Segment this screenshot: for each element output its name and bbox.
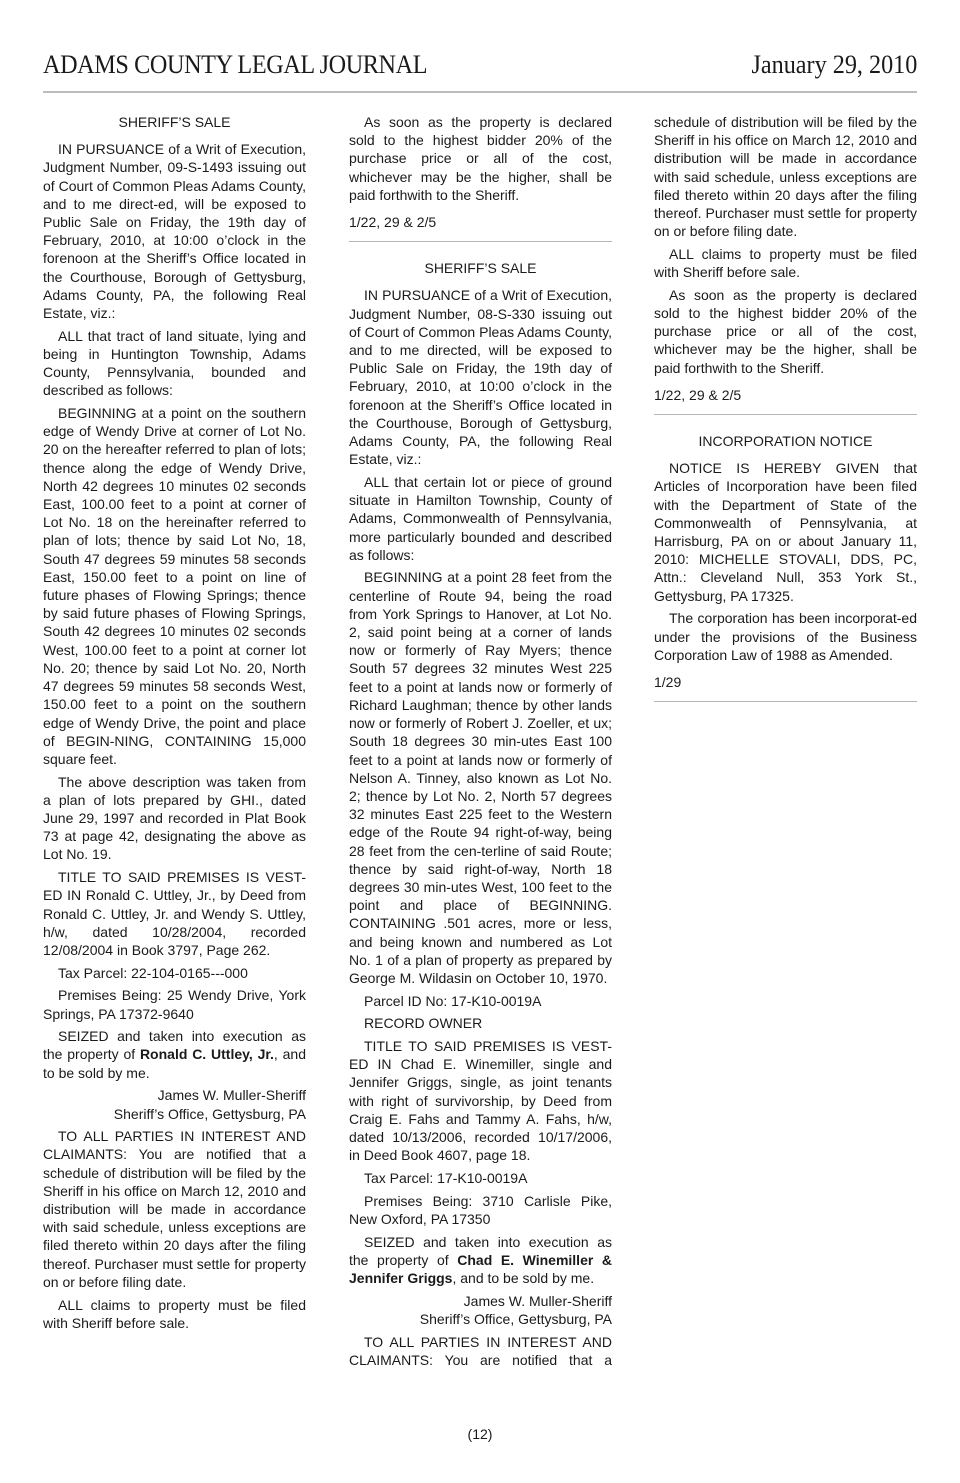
signature-office: Sheriff’s Office, Gettysburg, PA — [349, 1310, 612, 1328]
premises-address: Premises Being: 3710 Carlisle Pike, New … — [349, 1192, 612, 1228]
property-owner: Ronald C. Uttley, Jr. — [140, 1046, 274, 1062]
run-dates: 1/29 — [654, 673, 917, 691]
incorporation-notice: INCORPORATION NOTICE NOTICE IS HEREBY GI… — [654, 432, 917, 702]
seizure-statement: SEIZED and taken into execution as the p… — [349, 1233, 612, 1288]
notice-heading: SHERIFF’S SALE — [349, 259, 612, 277]
signature-name: James W. Muller-Sheriff — [43, 1086, 306, 1104]
parties-notice-continued: schedule of distribution will be filed b… — [654, 113, 917, 240]
notice-paragraph: NOTICE IS HEREBY GIVEN that Articles of … — [654, 459, 917, 605]
declared-sold-notice: As soon as the property is declared sold… — [349, 113, 612, 204]
page-number: (12) — [0, 1426, 960, 1442]
claims-notice: ALL claims to property must be filed wit… — [654, 245, 917, 281]
parcel-id: Parcel ID No: 17-K10-0019A — [349, 992, 612, 1010]
tax-parcel: Tax Parcel: 17-K10-0019A — [349, 1169, 612, 1187]
column-3: schedule of distribution will be filed b… — [654, 113, 917, 719]
parties-notice: TO ALL PARTIES IN INTEREST AND CLAIMANTS… — [349, 1333, 612, 1369]
notice-paragraph: The corporation has been incorporat-ed u… — [654, 609, 917, 664]
title-vesting: TITLE TO SAID PREMISES IS VEST-ED IN Cha… — [349, 1037, 612, 1164]
signature-office: Sheriff’s Office, Gettysburg, PA — [43, 1105, 306, 1123]
issue-date: January 29, 2010 — [751, 50, 917, 80]
sheriff-sale-notice-2: SHERIFF’S SALE IN PURSUANCE of a Writ of… — [349, 259, 612, 1369]
run-dates: 1/22, 29 & 2/5 — [349, 213, 612, 231]
notice-divider — [654, 701, 917, 702]
masthead-rule — [43, 91, 917, 93]
masthead: ADAMS COUNTY LEGAL JOURNAL January 29, 2… — [43, 50, 917, 90]
seizure-statement: SEIZED and taken into execution as the p… — [43, 1027, 306, 1082]
notice-divider — [654, 414, 917, 415]
column-2: As soon as the property is declared sold… — [349, 113, 612, 1374]
premises-address: Premises Being: 25 Wendy Drive, York Spr… — [43, 986, 306, 1022]
column-1: SHERIFF’S SALE IN PURSUANCE of a Writ of… — [43, 113, 306, 1337]
parties-notice: TO ALL PARTIES IN INTEREST AND CLAIMANTS… — [43, 1127, 306, 1291]
sheriff-signature: James W. Muller-Sheriff Sheriff’s Office… — [43, 1086, 306, 1122]
notice-paragraph: ALL that certain lot or piece of ground … — [349, 473, 612, 564]
run-dates: 1/22, 29 & 2/5 — [654, 386, 917, 404]
sheriff-sale-notice-1: SHERIFF’S SALE IN PURSUANCE of a Writ of… — [43, 113, 306, 1332]
signature-name: James W. Muller-Sheriff — [349, 1292, 612, 1310]
sheriff-signature: James W. Muller-Sheriff Sheriff’s Office… — [349, 1292, 612, 1328]
notice-paragraph: The above description was taken from a p… — [43, 773, 306, 864]
notice-heading: SHERIFF’S SALE — [43, 113, 306, 131]
notice-paragraph: IN PURSUANCE of a Writ of Execution, Jud… — [43, 140, 306, 322]
declared-sold-notice: As soon as the property is declared sold… — [654, 286, 917, 377]
claims-notice: ALL claims to property must be filed wit… — [43, 1296, 306, 1332]
tax-parcel: Tax Parcel: 22-104-0165---000 — [43, 964, 306, 982]
notice-paragraph: ALL that tract of land situate, lying an… — [43, 327, 306, 400]
property-description: BEGINNING at a point on the southern edg… — [43, 404, 306, 768]
record-owner-label: RECORD OWNER — [349, 1014, 612, 1032]
property-description: BEGINNING at a point 28 feet from the ce… — [349, 568, 612, 987]
notice-heading: INCORPORATION NOTICE — [654, 432, 917, 450]
title-vesting: TITLE TO SAID PREMISES IS VEST-ED IN Ron… — [43, 868, 306, 959]
publication-title: ADAMS COUNTY LEGAL JOURNAL — [43, 50, 427, 80]
notice-paragraph: IN PURSUANCE of a Writ of Execution, Jud… — [349, 286, 612, 468]
notice-divider — [349, 241, 612, 242]
